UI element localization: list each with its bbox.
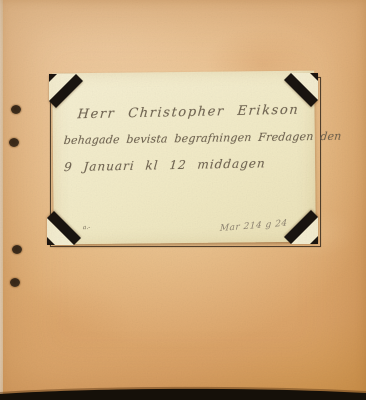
scanned-album-page: Herr Christopher Erikson behagade bevist… <box>0 0 366 400</box>
scan-edge-left <box>0 0 3 400</box>
photo-corner-icon <box>47 211 81 245</box>
mourning-card: Herr Christopher Erikson behagade bevist… <box>52 71 316 245</box>
printer-mark: a.- <box>83 224 91 231</box>
punch-hole <box>10 278 20 287</box>
card-text-line-2: behagade bevista begrafningen Fredagen d… <box>63 130 342 147</box>
punch-hole <box>11 105 21 114</box>
photo-corner-icon <box>49 74 83 108</box>
punch-hole <box>9 138 19 147</box>
card-text-line-1: Herr Christopher Erikson <box>77 103 300 123</box>
photo-corner-icon <box>284 73 318 107</box>
punch-hole <box>12 245 22 254</box>
pencil-annotation: Mar 214 g 24 <box>220 219 288 235</box>
photo-corner-icon <box>284 210 318 244</box>
card-text-line-3: 9 Januari kl 12 middagen <box>63 156 266 174</box>
